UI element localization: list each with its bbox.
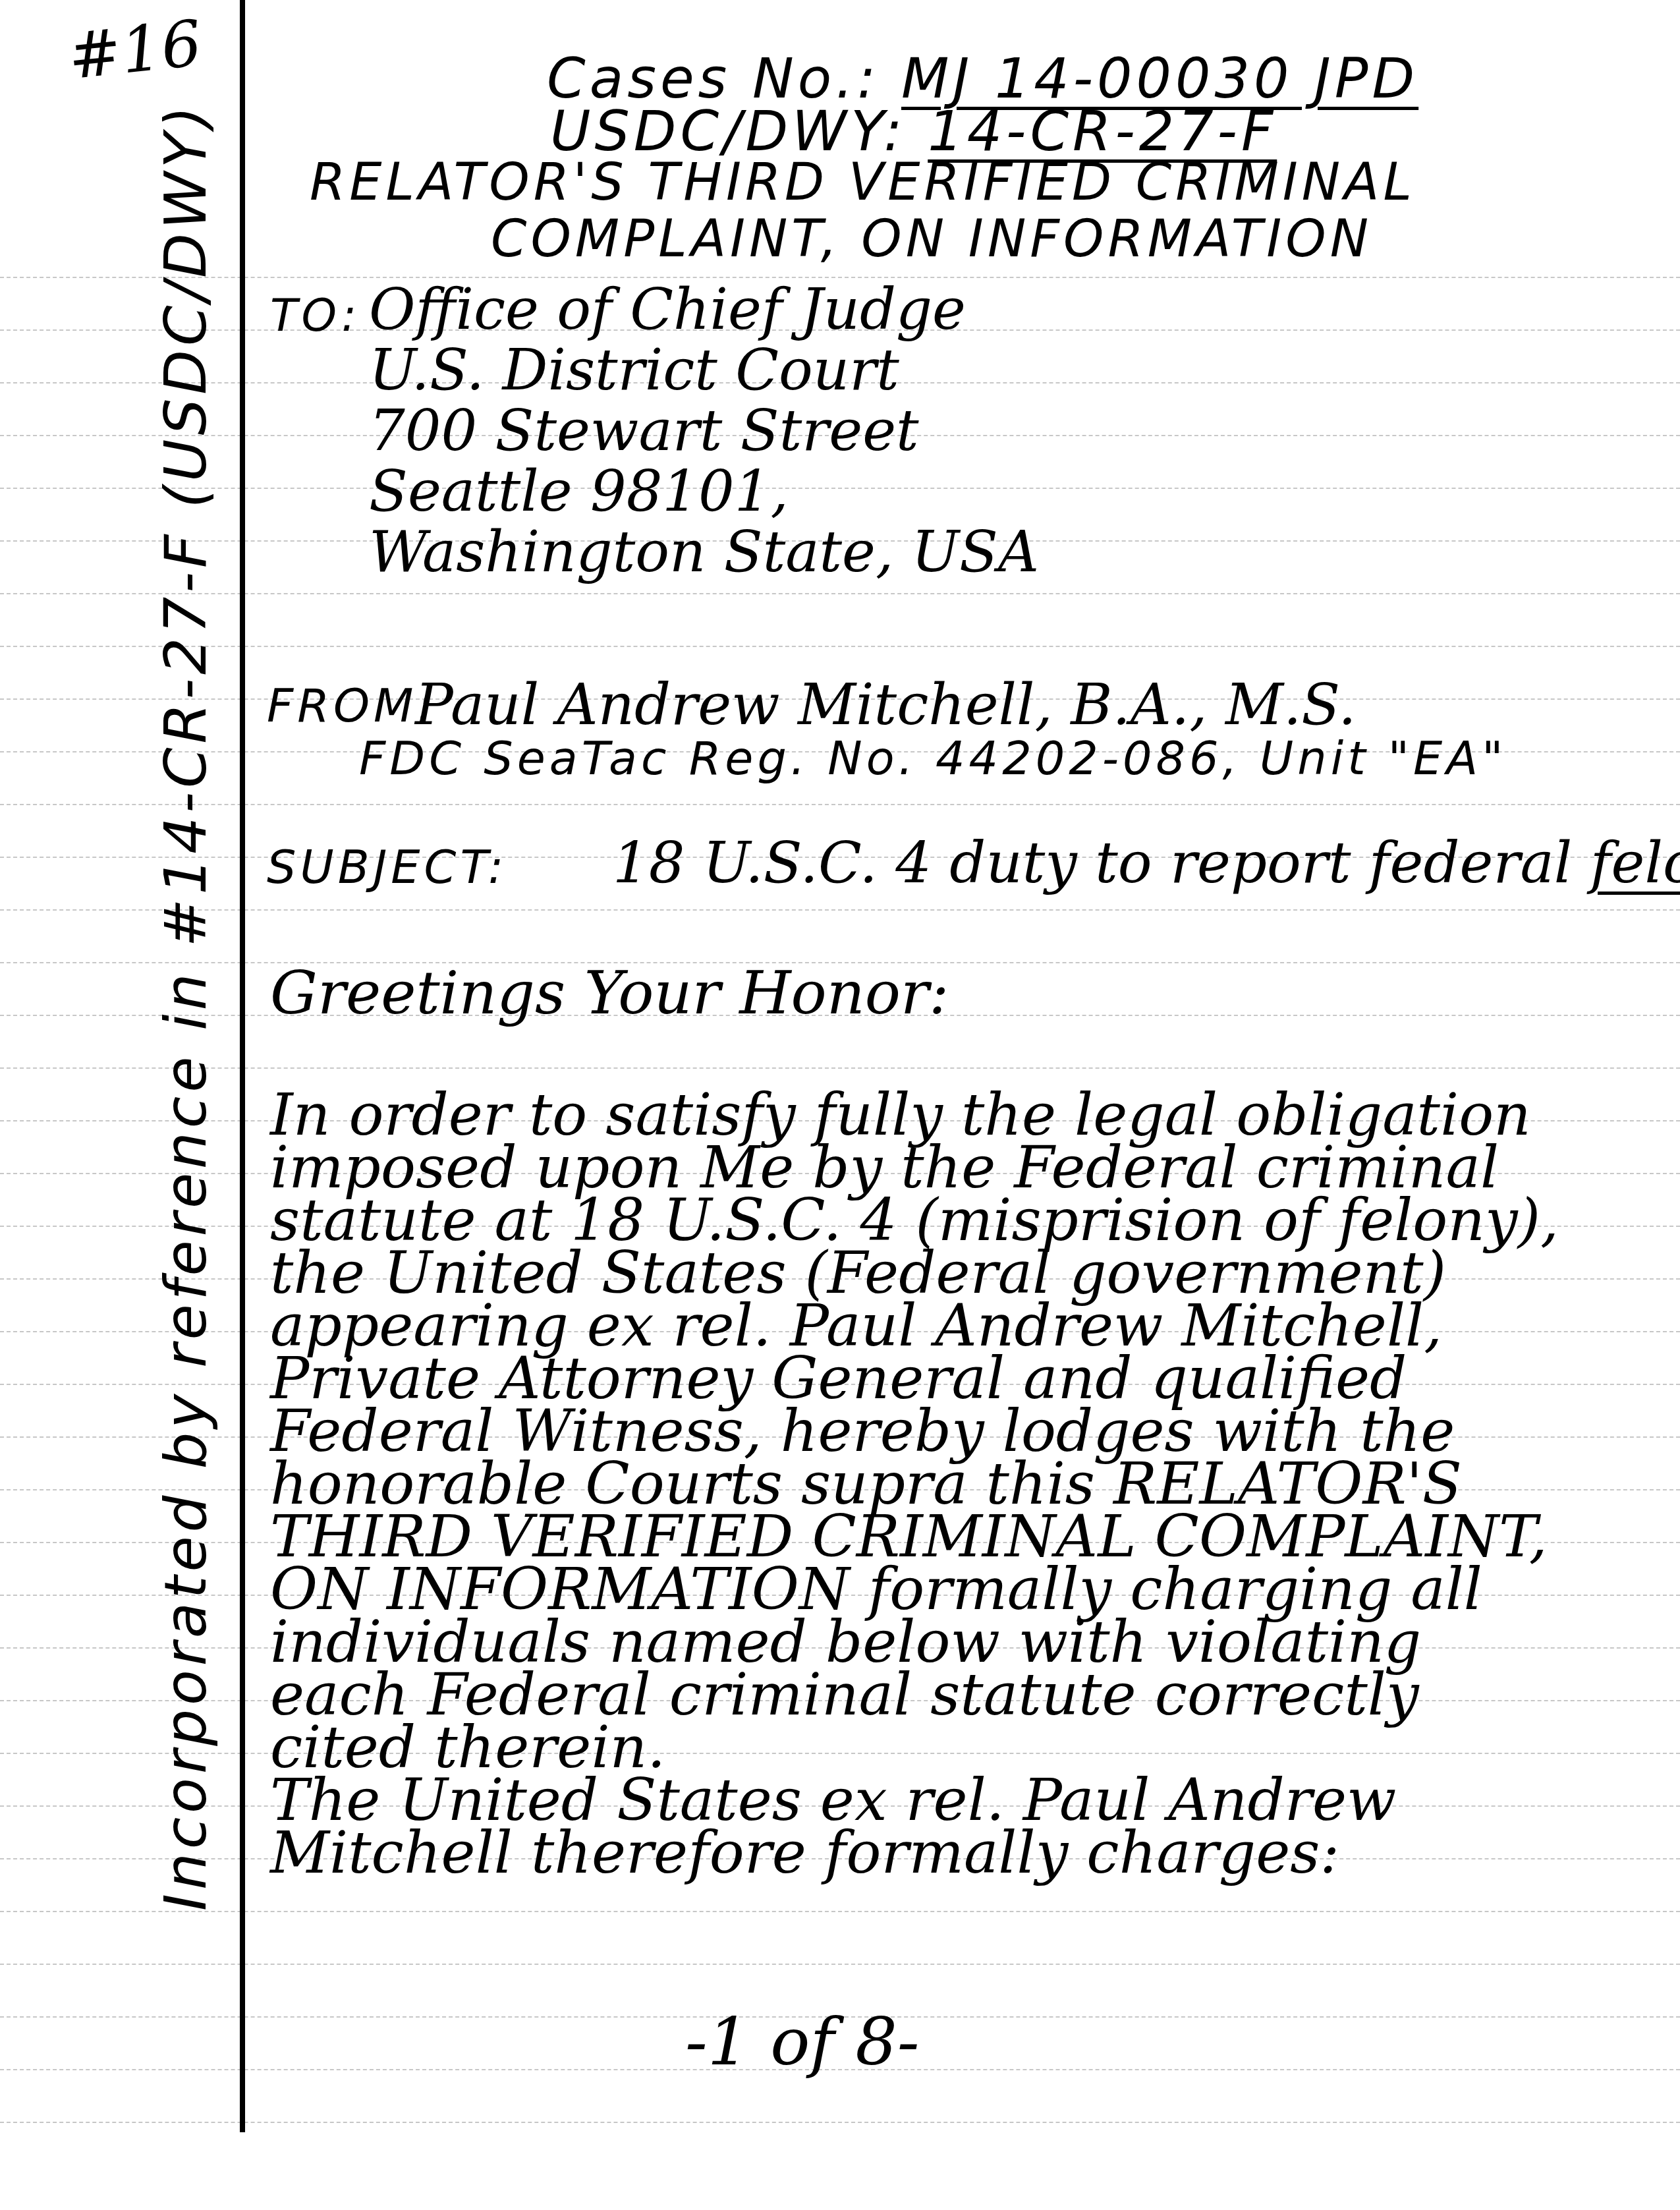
rule-line [0, 593, 1680, 594]
body-line: Mitchell therefore formally charges: [270, 1819, 1339, 1886]
page-number: -1 of 8- [685, 2003, 920, 2080]
to-label: TO: [270, 290, 360, 342]
margin-line [240, 0, 245, 2132]
sender-name: Paul Andrew Mitchell, B.A., M.S. [415, 672, 1357, 738]
handwritten-document-page: #16 Incorporated by reference in #14-CR-… [0, 0, 1680, 2210]
rule-line [0, 1067, 1680, 1069]
greeting: Greetings Your Honor: [270, 959, 949, 1028]
subject-underlined: felonies [1590, 830, 1680, 896]
addressee-line: Seattle 98101, [369, 459, 789, 524]
margin-note: Incorporated by reference in #14-CR-27-F… [152, 102, 219, 1911]
addressee-line: Washington State, USA [369, 519, 1039, 585]
subject-main: 18 U.S.C. 4 duty to report federal [613, 830, 1572, 896]
rule-line [0, 488, 1680, 489]
addressee-line: Office of Chief Judge [369, 277, 966, 343]
rule-line [0, 909, 1680, 911]
rule-line [0, 804, 1680, 805]
document-number: #16 [65, 6, 205, 94]
rule-line [0, 646, 1680, 647]
subject-text: 18 U.S.C. 4 duty to report federal felon… [613, 830, 1680, 896]
from-label: FROM: [267, 679, 437, 733]
rule-line [0, 1753, 1680, 1754]
document-title-line1: RELATOR'S THIRD VERIFIED CRIMINAL [310, 153, 1416, 212]
rule-line [0, 1911, 1680, 1912]
rule-line [0, 2122, 1680, 2123]
subject-label: SUBJECT: [267, 840, 507, 894]
document-title-line2: COMPLAINT, ON INFORMATION [491, 210, 1372, 269]
addressee-line: 700 Stewart Street [369, 398, 919, 464]
rule-line [0, 1964, 1680, 1965]
sender-registration: FDC SeaTac Reg. No. 44202-086, Unit "EA" [359, 731, 1507, 785]
addressee-line: U.S. District Court [369, 337, 899, 403]
